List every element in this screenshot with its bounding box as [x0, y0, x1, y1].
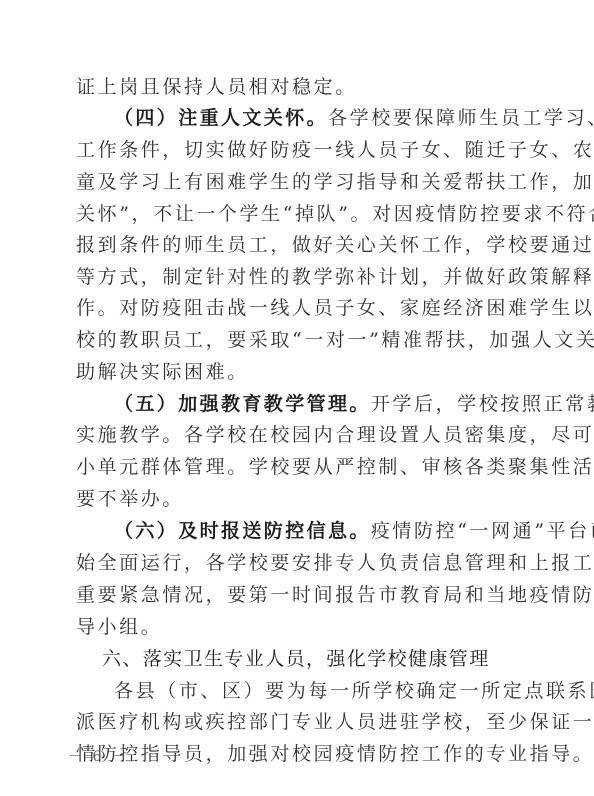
paragraph-line: 报到条件的师生员工，做好关心关怀工作，学校要通过线上教学 [76, 229, 536, 261]
paragraph-text: 开学后，学校按照正常教学计划 [371, 393, 594, 415]
subsection-4-first-line: （四）注重人文关怀。各学校要保障师生员工学习、生活、 [114, 102, 536, 134]
subsection-4-title: （四）注重人文关怀。 [114, 107, 328, 129]
paragraph-line: 导小组。 [76, 611, 536, 643]
paragraph-line: 重要紧急情况，要第一时间报告市教育局和当地疫情防控工作领 [76, 579, 536, 611]
paragraph-line: 关怀”，不让一个学生“掉队”。对因疫情防控要求不符合返校 [76, 198, 536, 230]
subsection-5-first-line: （五）加强教育教学管理。开学后，学校按照正常教学计划 [114, 388, 536, 420]
paragraph-line: 实施教学。各学校在校园内合理设置人员密集度，尽可能实施最 [76, 419, 536, 451]
document-page: 证上岗且保持人员相对稳定。 （四）注重人文关怀。各学校要保障师生员工学习、生活、… [0, 0, 594, 796]
paragraph-line: 童及学习上有困难学生的学习指导和关爱帮扶工作，加强“人文 [76, 166, 536, 198]
paragraph-line: 作。对防疫阻击战一线人员子女、家庭经济困难学生以及不能返 [76, 292, 536, 324]
subsection-6-title: （六）及时报送防控信息。 [114, 520, 371, 542]
paragraph-line: 等方式，制定针对性的教学弥补计划，并做好政策解释和说明工 [76, 261, 536, 293]
subsection-5-title: （五）加强教育教学管理。 [114, 393, 371, 415]
paragraph-line: 证上岗且保持人员相对稳定。 [76, 71, 536, 103]
paragraph-line: 始全面运行，各学校要安排专人负责信息管理和上报工作。发生 [76, 547, 536, 579]
paragraph-line: 助解决实际困难。 [76, 356, 536, 388]
paragraph-text: 各学校要保障师生员工学习、生活、 [328, 107, 594, 129]
section-6-heading: 六、落实卫生专业人员，强化学校健康管理 [102, 643, 524, 675]
paragraph-line: 派医疗机构或疾控部门专业人员进驻学校，至少保证一名专业疫 [76, 706, 536, 738]
paragraph-line: 校的教职员工，要采取“一对一”精准帮扶，加强人文关怀，帮 [76, 324, 536, 356]
subsection-6-first-line: （六）及时报送防控信息。疫情防控“一网通”平台已经开 [114, 515, 536, 547]
paragraph-line: 情防控指导员，加强对校园疫情防控工作的专业指导。指导帮助 [76, 738, 536, 770]
page-number: － 6 － [68, 744, 129, 770]
paragraph-line: 工作条件，切实做好防疫一线人员子女、随迁子女、农村留手儿 [76, 134, 536, 166]
paragraph-text: 疫情防控“一网通”平台已经开 [371, 520, 594, 542]
paragraph-line: 要不举办。 [76, 483, 536, 515]
paragraph-line: 各县（市、区）要为每一所学校确定一所定点联系医院，选 [114, 675, 536, 707]
paragraph-line: 小单元群体管理。学校要从严控制、审核各类聚集性活动，非必 [76, 451, 536, 483]
